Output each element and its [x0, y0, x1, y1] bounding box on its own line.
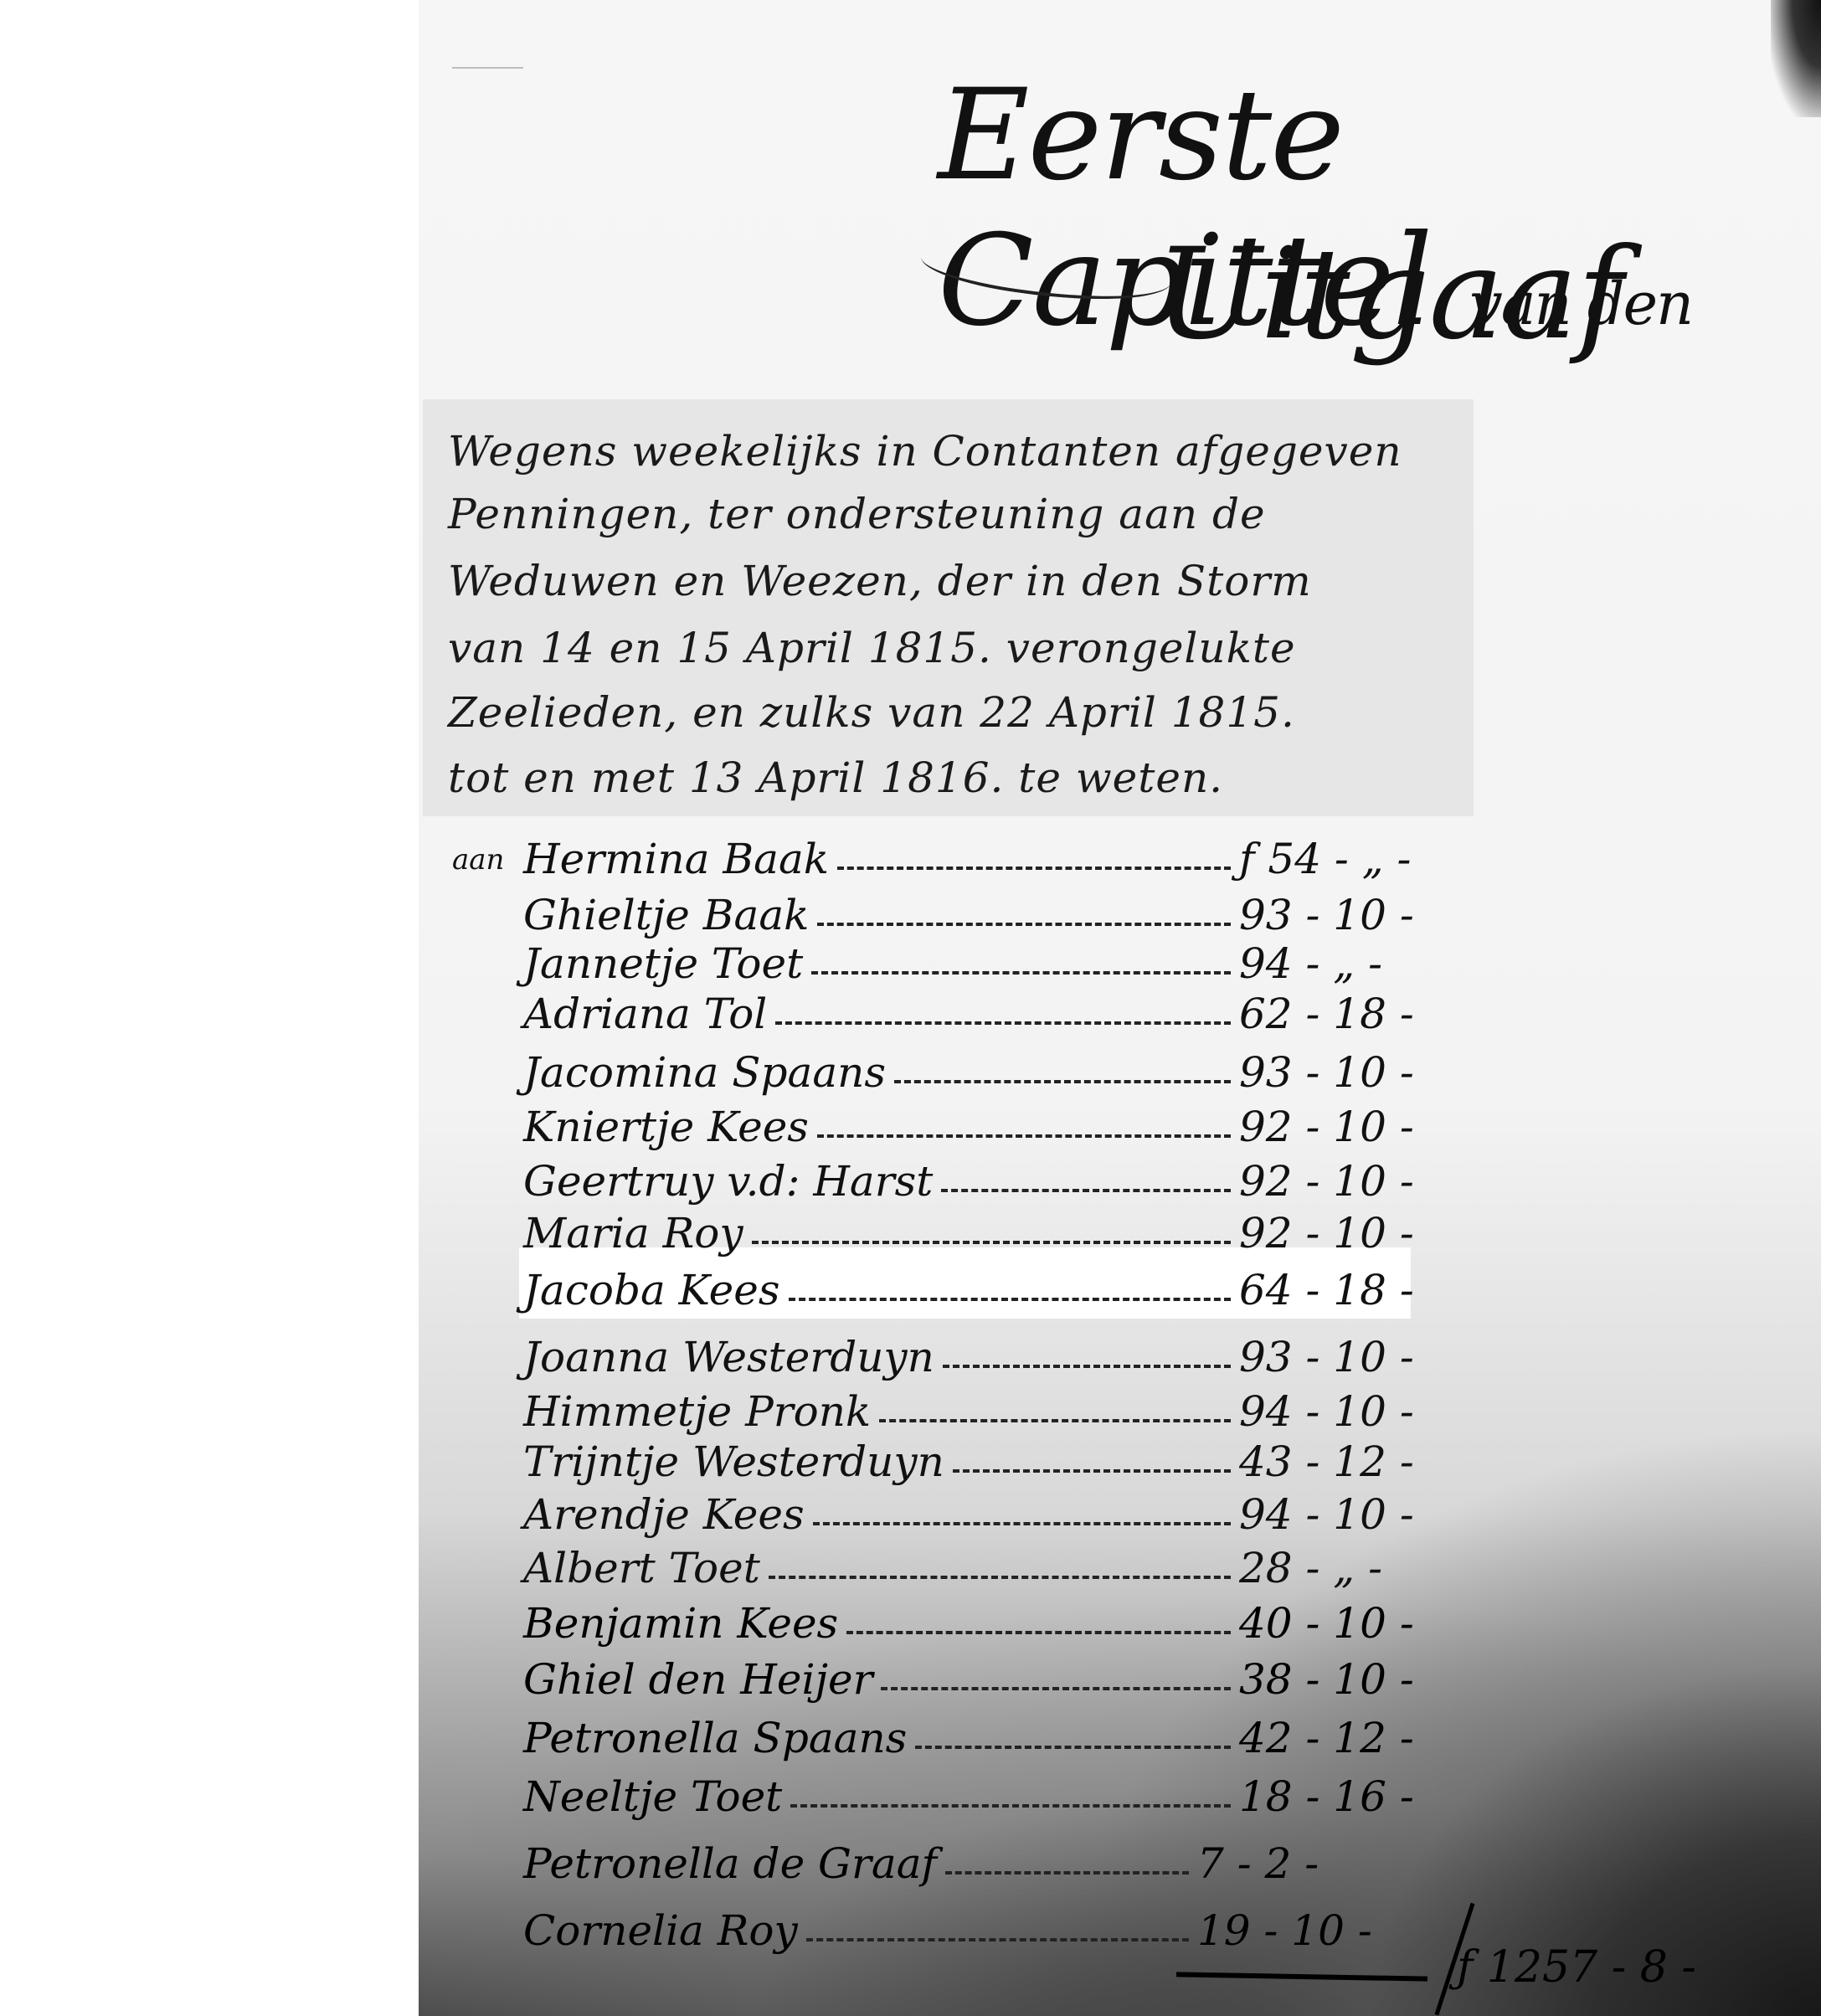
dotted-leader: [775, 1021, 1231, 1025]
dotted-leader: [811, 971, 1231, 975]
entry-amount: 94 - 10 -: [1239, 1490, 1423, 1539]
entry-name: Benjamin Kees: [523, 1599, 838, 1648]
ledger-row: Joanna Westerduyn 93 - 10 -: [452, 1323, 1423, 1381]
dotted-leader: [881, 1687, 1231, 1690]
entry-amount: 38 - 10 -: [1239, 1655, 1423, 1704]
ledger-row: Geertruy v.d: Harst 92 - 10 -: [452, 1147, 1423, 1206]
entry-name: Arendje Kees: [523, 1490, 805, 1539]
dotted-leader: [806, 1938, 1189, 1941]
entry-prefix: aan: [452, 843, 523, 883]
ledger-row: Adriana Tol 62 - 18 -: [452, 980, 1423, 1038]
entry-amount: 18 - 16 -: [1239, 1772, 1423, 1821]
dotted-leader: [953, 1469, 1231, 1473]
ledger-row: Benjamin Kees 40 - 10 -: [452, 1589, 1423, 1648]
dotted-leader: [790, 1804, 1231, 1808]
entry-amount: 93 - 10 -: [1239, 1333, 1423, 1381]
dotted-leader: [789, 1298, 1231, 1301]
intro-line: Weduwen en Weezen, der in den Storm: [448, 557, 1312, 605]
entry-name: Petronella Spaans: [523, 1714, 907, 1762]
entry-name: Neeltje Toet: [523, 1772, 782, 1821]
dotted-leader: [941, 1189, 1231, 1192]
ledger-row: Petronella de Graaf 7 - 2 -: [452, 1829, 1381, 1888]
dotted-leader: [915, 1746, 1231, 1749]
ledger-row: Trijntje Westerduyn 43 - 12 -: [452, 1427, 1423, 1486]
entry-amount: 62 - 18 -: [1239, 990, 1423, 1038]
intro-line: Zeelieden, en zulks van 22 April 1815.: [448, 688, 1295, 737]
entry-amount: 40 - 10 -: [1239, 1599, 1423, 1648]
entry-name: Jacomina Spaans: [523, 1048, 886, 1097]
dotted-leader: [879, 1419, 1231, 1422]
dotted-leader: [846, 1631, 1231, 1634]
intro-line: tot en met 13 April 1816. te weten.: [448, 753, 1223, 802]
entry-name: Adriana Tol: [523, 990, 767, 1038]
entry-amount: 28 - „ -: [1239, 1544, 1423, 1592]
ledger-row-highlighted: Jacoba Kees 64 - 18 -: [452, 1256, 1423, 1314]
entry-name: Petronella de Graaf: [523, 1839, 937, 1888]
entry-name: Jacoba Kees: [523, 1266, 780, 1314]
dotted-leader: [817, 1134, 1231, 1138]
chapter-heading-line2: Uitgaaf: [1155, 222, 1623, 368]
entry-name: Joanna Westerduyn: [523, 1333, 934, 1381]
entry-name: Cornelia Roy: [523, 1906, 798, 1955]
dotted-leader: [837, 867, 1231, 870]
intro-line: Penningen, ter ondersteuning aan de: [448, 490, 1266, 538]
entry-name: Maria Roy: [523, 1209, 743, 1257]
margin-rule: [452, 67, 523, 69]
ledger-row: Jacomina Spaans 93 - 10 -: [452, 1038, 1423, 1097]
entry-name: Ghiel den Heijer: [523, 1655, 872, 1704]
entry-amount: 92 - 10 -: [1239, 1103, 1423, 1151]
dotted-leader: [813, 1522, 1231, 1525]
dotted-leader: [943, 1365, 1231, 1368]
entry-amount: 93 - 10 -: [1239, 1048, 1423, 1097]
ledger-row: Albert Toet 28 - „ -: [452, 1534, 1423, 1592]
dotted-leader: [894, 1080, 1231, 1083]
entry-amount: 92 - 10 -: [1239, 1209, 1423, 1257]
entry-amount: ƒ 54 - „ -: [1239, 835, 1423, 883]
ledger-row: Kniertje Kees 92 - 10 -: [452, 1093, 1423, 1151]
ledger-total: ƒ 1257 - 8 -: [1457, 1942, 1696, 1993]
ledger-row: Maria Roy 92 - 10 -: [452, 1199, 1423, 1257]
intro-line: Wegens weekelijks in Contanten afgegeven: [448, 427, 1402, 476]
entry-amount: 43 - 12 -: [1239, 1437, 1423, 1486]
dotted-leader: [817, 923, 1231, 926]
entry-amount: 7 - 2 -: [1197, 1839, 1381, 1888]
ledger-row: Cornelia Roy 19 - 10 -: [452, 1896, 1381, 1955]
ledger-row: Petronella Spaans 42 - 12 -: [452, 1704, 1423, 1762]
dotted-leader: [945, 1871, 1189, 1875]
ledger-row: Ghiel den Heijer 38 - 10 -: [452, 1645, 1423, 1704]
dotted-leader: [769, 1576, 1231, 1579]
entry-amount: 42 - 12 -: [1239, 1714, 1423, 1762]
entry-name: Hermina Baak: [523, 835, 829, 883]
ledger-row: Arendje Kees 94 - 10 -: [452, 1480, 1423, 1539]
dotted-leader: [752, 1241, 1231, 1244]
entry-amount: 19 - 10 -: [1197, 1906, 1381, 1955]
ledger-row: Neeltje Toet 18 - 16 -: [452, 1762, 1423, 1821]
entry-name: Trijntje Westerduyn: [523, 1437, 944, 1486]
ledger-row: aan Hermina Baak ƒ 54 - „ -: [452, 825, 1423, 883]
entry-name: Kniertje Kees: [523, 1103, 809, 1151]
entry-amount: 64 - 18 -: [1239, 1266, 1423, 1314]
intro-line: van 14 en 15 April 1815. verongelukte: [448, 624, 1296, 672]
entry-name: Albert Toet: [523, 1544, 760, 1592]
